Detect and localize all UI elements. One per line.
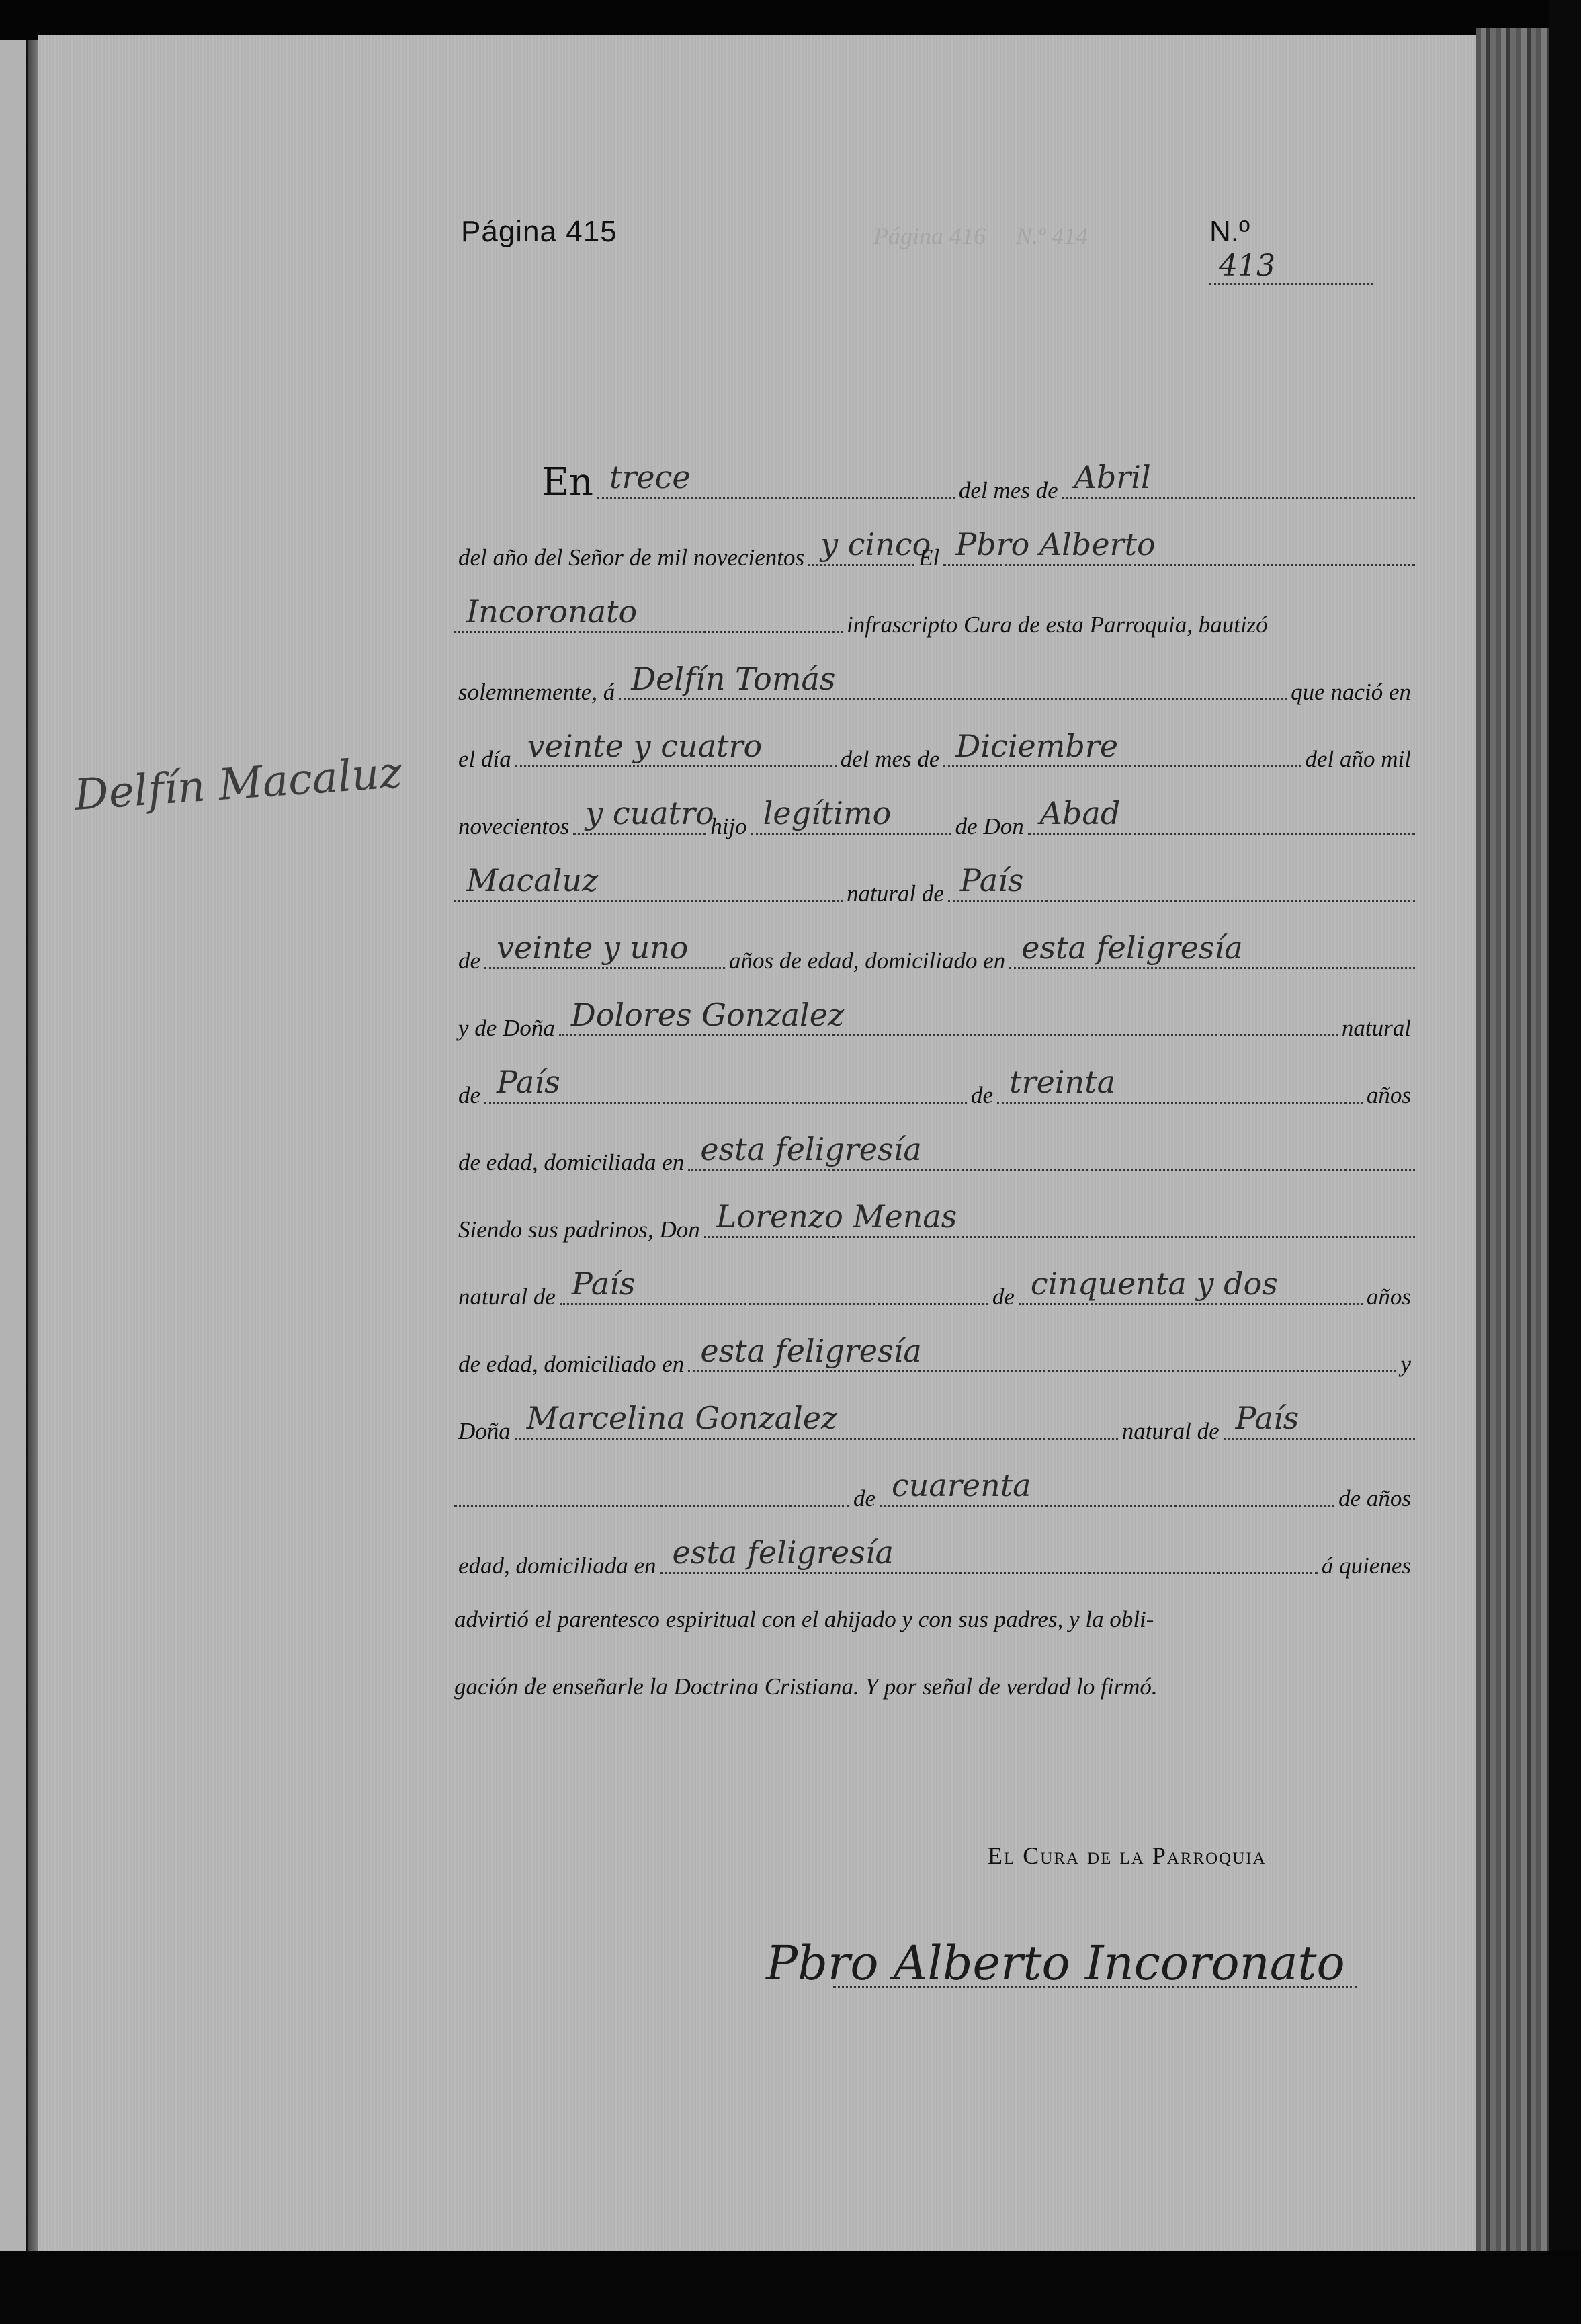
natural-label: natural xyxy=(1338,1015,1415,1042)
record-line-father-origin: Macaluz natural de País xyxy=(454,867,1415,907)
godfather-domicile-field: esta feligresía xyxy=(688,1335,1396,1372)
father-surname-field: Macaluz xyxy=(454,865,843,902)
priest-name-field: Pbro Alberto xyxy=(943,529,1415,566)
father-name-field: Abad xyxy=(1028,798,1415,835)
hijo-label: hijo xyxy=(706,813,751,840)
record-number-value: 413 xyxy=(1209,249,1373,285)
record-line-mother-origin: de País de treinta años xyxy=(454,1069,1415,1109)
natural-de-label: natural de xyxy=(1118,1418,1224,1445)
de-label: de xyxy=(454,948,484,974)
record-line-godfather-origin: natural de País de cinquenta y dos años xyxy=(454,1270,1415,1311)
father-origin-field: País xyxy=(948,865,1415,902)
mother-domicile-field: esta feligresía xyxy=(688,1134,1415,1171)
book-cover-edge xyxy=(1549,0,1581,2324)
record-line-father-age: de veinte y uno años de edad, domiciliad… xyxy=(454,934,1415,974)
de-don-label: de Don xyxy=(951,813,1028,840)
record-line-child: solemnemente, á Delfín Tomás que nació e… xyxy=(454,665,1415,706)
record-line-godfather: Siendo sus padrinos, Don Lorenzo Menas xyxy=(454,1203,1415,1243)
child-name-field: Delfín Tomás xyxy=(619,663,1287,700)
natural-de-label: natural de xyxy=(454,1284,560,1311)
priest-surname-field: Incoronato xyxy=(454,596,843,633)
de-label: de xyxy=(988,1284,1019,1311)
record-line-date: En trece del mes de Abril xyxy=(454,464,1415,504)
day-field: trece xyxy=(597,462,955,499)
godmother-origin-field: País xyxy=(1224,1403,1415,1440)
month-field: Abril xyxy=(1062,462,1415,499)
en-label: En xyxy=(454,460,597,504)
y-label: y xyxy=(1396,1351,1415,1378)
godfather-age-field: cinquenta y dos xyxy=(1019,1268,1363,1305)
de-label: de xyxy=(454,1082,484,1109)
anios-domiciliado-label: años de edad, domiciliado en xyxy=(725,948,1009,974)
record-number: N.º413 xyxy=(1209,215,1411,285)
blank-field xyxy=(454,1470,849,1507)
de-label: de xyxy=(967,1082,997,1109)
month-label: del mes de xyxy=(955,477,1062,504)
padrinos-label: Siendo sus padrinos, Don xyxy=(454,1216,704,1243)
godmother-age-field: cuarenta xyxy=(880,1470,1334,1507)
priest-signature: Pbro Alberto Incoronato xyxy=(766,1936,1345,1991)
natural-de-label: natural de xyxy=(843,880,948,907)
record-line-mother-domicile: de edad, domiciliada en esta feligresía xyxy=(454,1136,1415,1176)
record-line-mother: y de Doña Dolores Gonzalez natural xyxy=(454,1001,1415,1042)
anios-label: años xyxy=(1363,1284,1415,1311)
de-anios-label: de años xyxy=(1334,1485,1415,1512)
legitimacy-field: legítimo xyxy=(751,798,951,835)
godmother-domicile-field: esta feligresía xyxy=(660,1537,1318,1574)
closing-text-1: advirtió el parentesco espiritual con el… xyxy=(454,1606,1415,1633)
novecientos-label: novecientos xyxy=(454,813,573,840)
record-line-godmother-age: de cuarenta de años xyxy=(454,1472,1415,1512)
closing-text-2: gación de enseñarle la Doctrina Cristian… xyxy=(454,1673,1415,1700)
birth-year-field: y cuatro xyxy=(573,798,706,835)
record-line-year: del año del Señor de mil novecientos y c… xyxy=(454,531,1415,571)
father-domicile-field: esta feligresía xyxy=(1009,932,1415,969)
record-line-godmother: Doña Marcelina Gonzalez natural de País xyxy=(454,1405,1415,1445)
bottom-shadow xyxy=(0,2251,1581,2324)
book-gutter xyxy=(28,40,38,2258)
record-line-priest: Incoronato infrascripto Cura de esta Par… xyxy=(454,598,1415,638)
godmother-name-field: Marcelina Gonzalez xyxy=(515,1403,1118,1440)
page-stack-edges xyxy=(1476,28,1549,2266)
anios-label: años xyxy=(1363,1082,1415,1109)
y-de-dona-label: y de Doña xyxy=(454,1015,559,1042)
solemnemente-label: solemnemente, á xyxy=(454,679,619,706)
page-number-label: Página 415 xyxy=(461,215,617,249)
godfather-name-field: Lorenzo Menas xyxy=(704,1201,1415,1238)
record-line-father: novecientos y cuatro hijo legítimo de Do… xyxy=(454,800,1415,840)
birth-month-label: del mes de xyxy=(837,746,944,773)
record-line-birthdate: el día veinte y cuatro del mes de Diciem… xyxy=(454,733,1415,773)
domiciliada-label: edad, domiciliada en xyxy=(454,1552,660,1579)
record-line-godmother-domicile: edad, domiciliada en esta feligresía á q… xyxy=(454,1539,1415,1579)
mother-name-field: Dolores Gonzalez xyxy=(559,999,1338,1036)
infrascripto-label: infrascripto Cura de esta Parroquia, bau… xyxy=(843,612,1272,638)
previous-page-edge xyxy=(0,40,28,2272)
birth-day-field: veinte y cuatro xyxy=(515,731,837,767)
dona-label: Doña xyxy=(454,1418,515,1445)
mother-origin-field: País xyxy=(484,1067,967,1104)
domiciliado-label: de edad, domiciliado en xyxy=(454,1351,688,1378)
nacio-label: que nació en xyxy=(1287,679,1415,706)
mother-age-field: treinta xyxy=(997,1067,1363,1104)
anio-mil-label: del año mil xyxy=(1301,746,1415,773)
record-number-prefix: N.º xyxy=(1209,215,1250,248)
father-age-field: veinte y uno xyxy=(484,932,725,969)
domiciliada-label: de edad, domiciliada en xyxy=(454,1149,688,1176)
de-label: de xyxy=(849,1485,880,1512)
godfather-origin-field: País xyxy=(560,1268,988,1305)
cura-label: El Cura de la Parroquia xyxy=(988,1841,1267,1870)
el-label: El xyxy=(914,544,943,571)
dia-label: el día xyxy=(454,746,515,773)
record-line-godfather-domicile: de edad, domiciliado en esta feligresía … xyxy=(454,1337,1415,1378)
year-label: del año del Señor de mil novecientos xyxy=(454,544,808,571)
a-quienes-label: á quienes xyxy=(1318,1552,1415,1579)
year-field: y cinco xyxy=(808,529,914,566)
birth-month-field: Diciembre xyxy=(943,731,1301,767)
bleed-through-text: Página 416 N.º 414 xyxy=(873,222,1088,250)
